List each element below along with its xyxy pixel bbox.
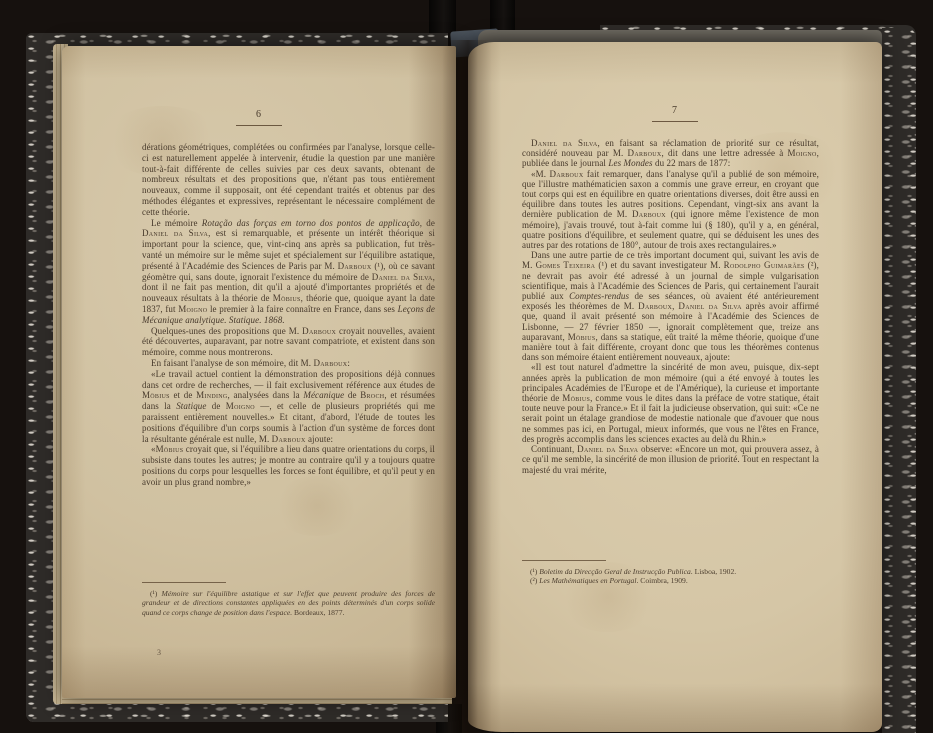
text-run: Broch: [360, 390, 384, 400]
page-right: 7 Daniel da Silva, en faisant sa réclama…: [468, 42, 882, 732]
text-run: (²): [530, 576, 539, 585]
text-run: Möbius: [562, 393, 590, 403]
page-number-right: 7: [652, 105, 698, 122]
text-run: Daniel da Silva: [577, 444, 638, 454]
paragraph: Dans une autre partie de ce très importa…: [522, 250, 819, 362]
text-run: Moigno: [788, 148, 817, 158]
text-run: «M.: [531, 169, 550, 179]
text-run: :: [347, 358, 350, 368]
paragraph: En faisant l'analyse de son mémoire, dit…: [142, 358, 435, 369]
text-run: Möbius: [156, 444, 184, 454]
text-run: Continuant,: [531, 444, 577, 454]
paragraph: «Möbius croyait que, si l'équilibre a li…: [142, 444, 435, 487]
text-run: . Lisboa, 1902.: [691, 567, 736, 576]
paragraph: Le mémoire Rotação das forças em torno d…: [142, 218, 435, 326]
text-run: Boletim da Direcção Geral de Instrucção …: [539, 567, 691, 576]
text-run: ajoute:: [306, 434, 334, 444]
text-run: (¹): [530, 567, 539, 576]
text-run: Möbius: [568, 332, 596, 342]
paragraph: Continuant, Daniel da Silva observe: «En…: [522, 444, 819, 475]
paragraph: «Le travail actuel contient la démonstra…: [142, 369, 435, 445]
text-run: . Coimbra, 1909.: [636, 576, 687, 585]
page-left: 6 dérations géométriques, complétées ou …: [62, 46, 456, 698]
text-run: Comptes-rendus: [569, 291, 629, 301]
footnote-separator-right: [522, 560, 606, 561]
page-right-body: Daniel da Silva, en faisant sa réclamati…: [522, 138, 819, 475]
text-run: croyait que, si l'équilibre a lieu dans …: [142, 444, 435, 486]
text-run: du 22 mars de 1877:: [653, 158, 731, 168]
book-gutter-shadow: [442, 40, 492, 733]
text-run: Darboux: [338, 261, 372, 271]
text-run: Les Mondes: [608, 158, 652, 168]
paragraph: (²) Les Mathématiques en Portugal. Coimb…: [522, 576, 819, 585]
text-run: le premier à la faire connaître en Franc…: [207, 304, 397, 314]
paragraph: dérations géométriques, complétées ou co…: [142, 142, 435, 218]
text-run: Darboux: [313, 358, 347, 368]
text-run: de: [344, 390, 360, 400]
text-run: Gomes Teixeira: [536, 260, 596, 270]
text-run: , analysées dans la: [228, 390, 304, 400]
text-run: Moigno: [226, 401, 255, 411]
paragraph: Daniel da Silva, en faisant sa réclamati…: [522, 138, 819, 169]
text-run: dérations géométriques, complétées ou co…: [142, 142, 435, 217]
page-right-footnote: (¹) Boletim da Direcção Geral de Instruc…: [522, 560, 819, 586]
text-run: Darboux: [638, 301, 672, 311]
text-run: de: [206, 401, 225, 411]
text-run: , dit dans une lettre adressée à: [661, 148, 787, 158]
cover-edge-right: [882, 28, 916, 733]
text-run: En faisant l'analyse de son mémoire, dit…: [151, 358, 313, 368]
text-run: Statique: [176, 401, 206, 411]
page-left-body: dérations géométriques, complétées ou co…: [142, 142, 435, 488]
text-run: Moigno: [178, 304, 207, 314]
text-run: Les Mathématiques en Portugal: [539, 576, 636, 585]
text-run: Möbius: [273, 293, 301, 303]
text-run: Darboux: [632, 209, 666, 219]
page-left-footnote: (¹) Mémoire sur l'équilibre astatique et…: [142, 582, 435, 617]
text-run: Mémoire sur l'équilibre astatique et sur…: [142, 589, 435, 617]
text-run: Darboux: [272, 434, 306, 444]
paragraph: «M. Darboux fait remarquer, dans l'analy…: [522, 169, 819, 251]
text-run: Möbius: [142, 390, 170, 400]
text-run: Rotação das forças em torno dos pontos d…: [202, 218, 420, 228]
book-scan-photo: 6 dérations géométriques, complétées ou …: [0, 0, 933, 733]
text-run: Le mémoire: [151, 218, 202, 228]
page-number-left: 6: [236, 109, 282, 126]
paragraph: «Il est tout naturel d'admettre la sincé…: [522, 362, 819, 444]
text-run: Daniel da Silva: [531, 138, 597, 148]
text-run: Darboux: [550, 169, 584, 179]
text-run: Darboux: [628, 148, 662, 158]
text-run: , de: [420, 218, 435, 228]
text-run: Darboux: [302, 326, 336, 336]
text-run: Quelques-unes des propositions que M.: [151, 326, 302, 336]
page-number-left-wrap: 6: [62, 104, 456, 126]
text-run: Minding: [196, 390, 227, 400]
text-run: et de: [170, 390, 196, 400]
paragraph: (¹) Boletim da Direcção Geral de Instruc…: [522, 567, 819, 576]
paragraph: Quelques-unes des propositions que M. Da…: [142, 326, 435, 358]
text-run: Daniel da Silva: [372, 272, 433, 282]
text-run: Mécanique: [303, 390, 344, 400]
text-run: Bordeaux, 1877.: [292, 608, 344, 617]
text-run: Rodolpho Guimarães: [724, 260, 805, 270]
page-number-right-wrap: 7: [468, 100, 882, 122]
footnote-text-right: (¹) Boletim da Direcção Geral de Instruc…: [522, 567, 819, 586]
footnote-text-left: (¹) Mémoire sur l'équilibre astatique et…: [142, 589, 435, 617]
paragraph: (¹) Mémoire sur l'équilibre astatique et…: [142, 589, 435, 617]
text-run: Daniel da Silva: [142, 228, 208, 238]
text-run: (¹): [150, 589, 162, 598]
text-run: Daniel da Silva: [678, 301, 741, 311]
text-run: «Le travail actuel contient la démonstra…: [142, 369, 435, 390]
text-run: (¹) et du savant investigateur M.: [595, 260, 723, 270]
signature-mark: 3: [157, 648, 161, 657]
footnote-separator-left: [142, 582, 226, 583]
